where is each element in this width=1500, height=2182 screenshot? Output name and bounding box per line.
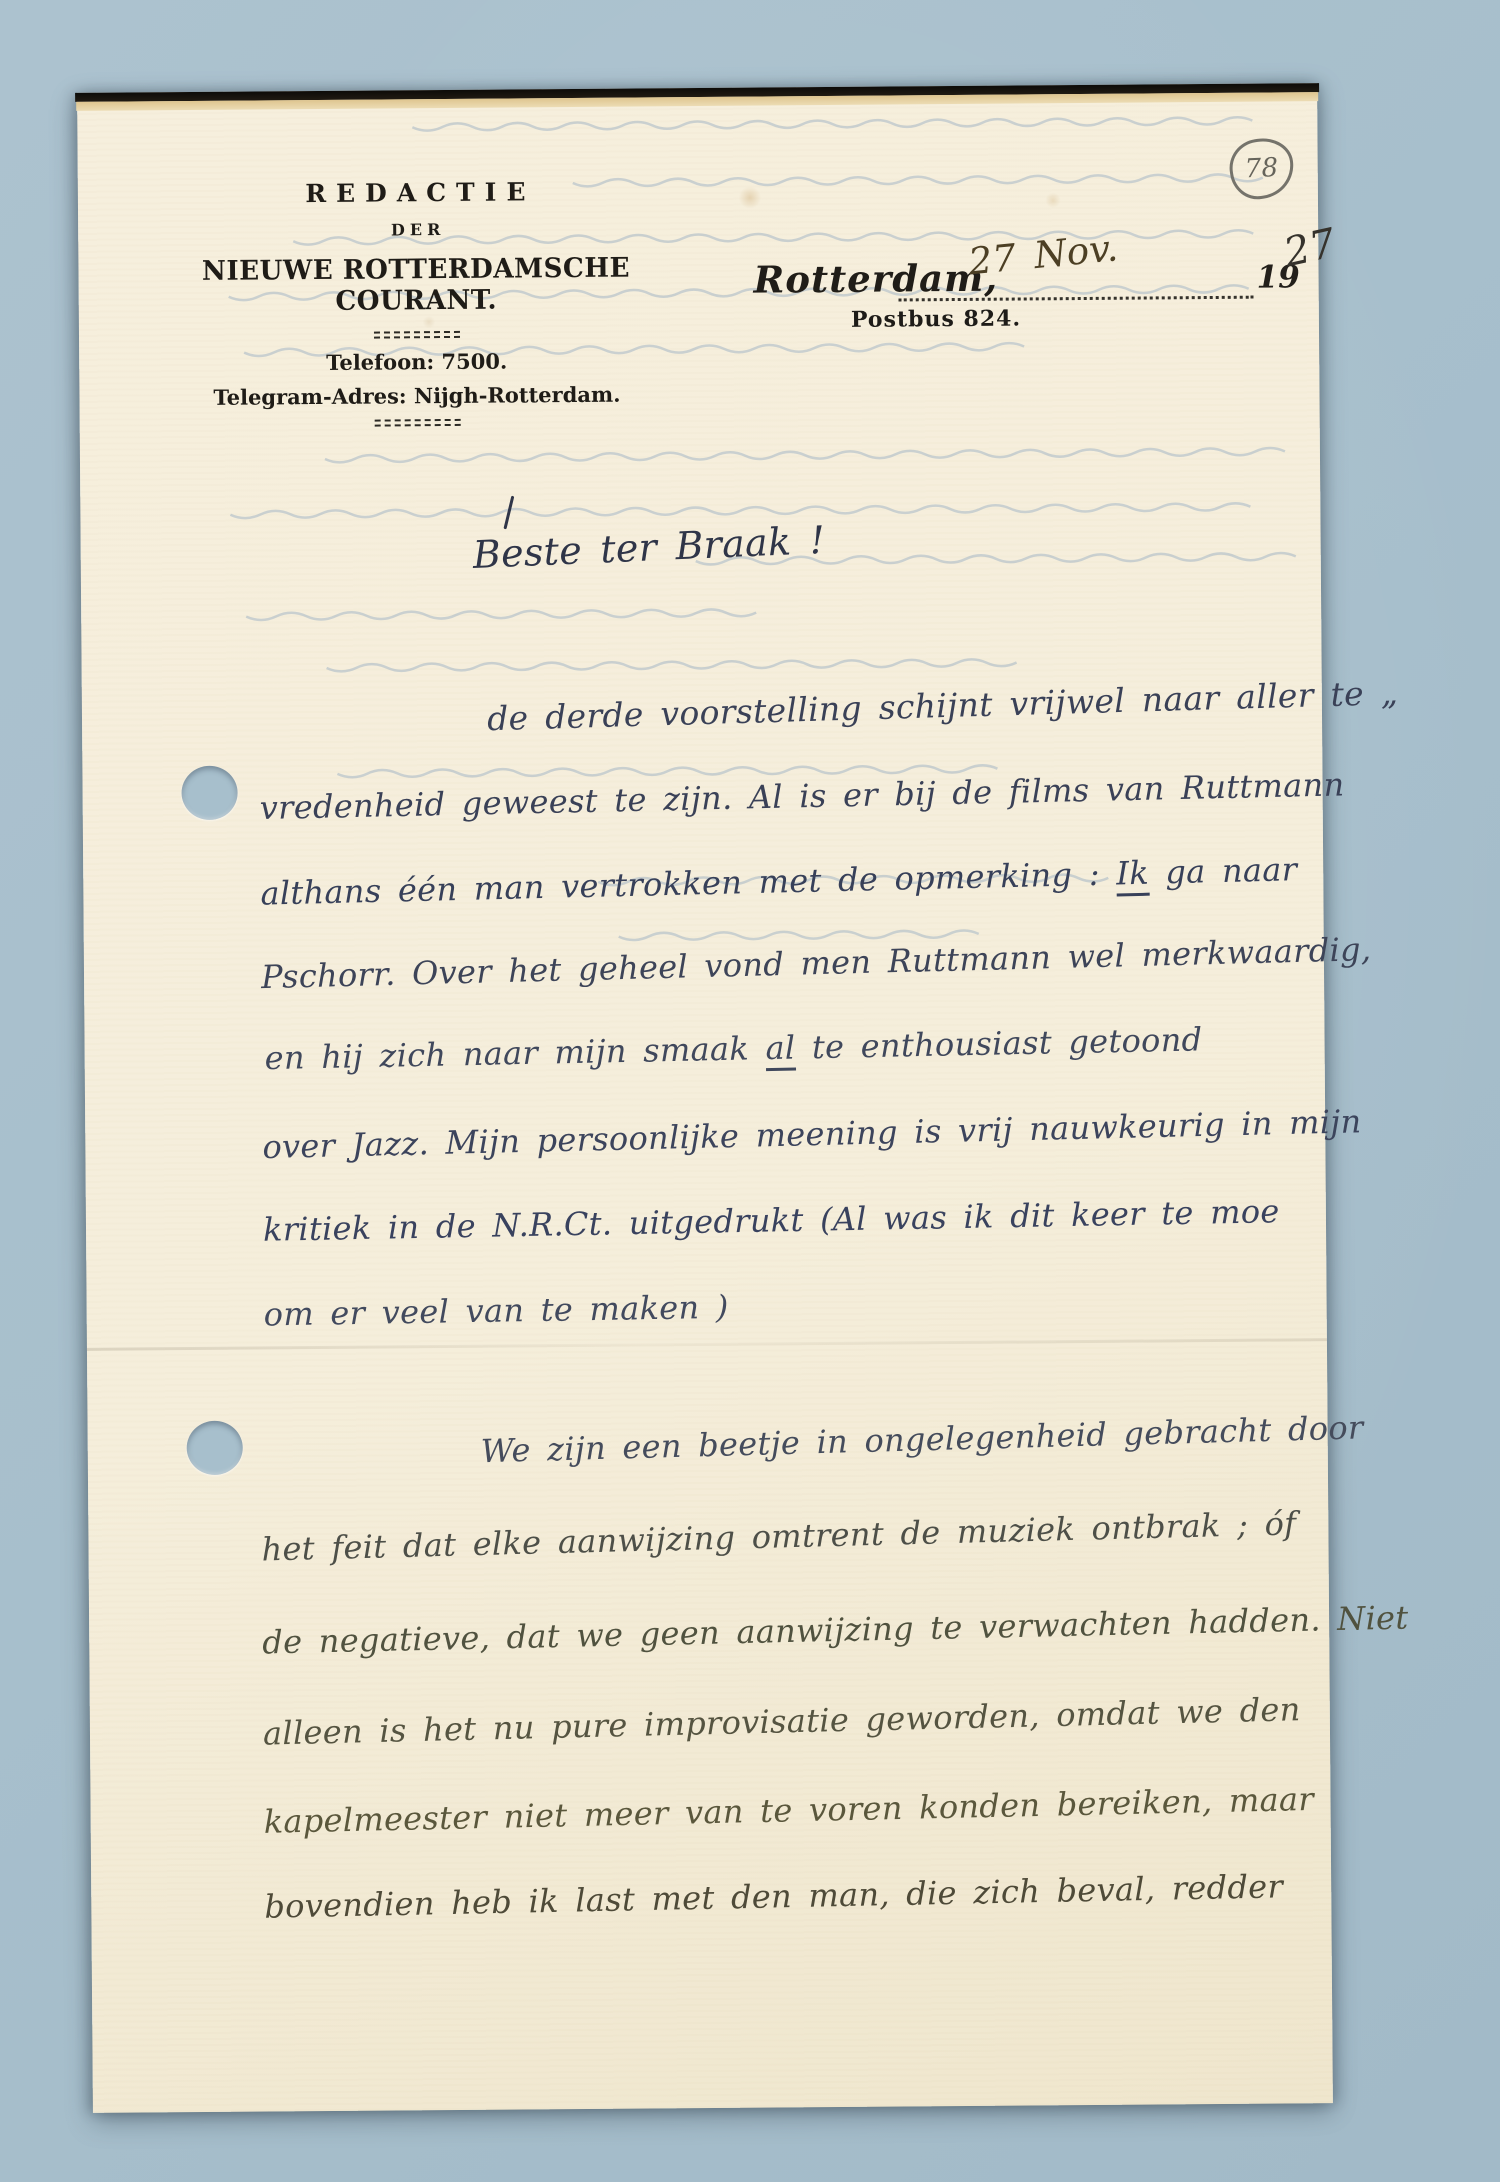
- text-run: en hij zich naar mijn smaak: [264, 1029, 766, 1077]
- letter-body: de derde voorstelling schijnt vrijwel na…: [77, 83, 1333, 2113]
- text-run: althans één man vertrokken met de opmerk…: [260, 854, 1117, 912]
- handwritten-line: over Jazz. Mijn persoonlijke meening is …: [262, 1102, 1362, 1166]
- handwritten-line: de derde voorstelling schijnt vrijwel na…: [487, 673, 1399, 738]
- handwritten-line: We zijn een beetje in ongelegenheid gebr…: [480, 1408, 1364, 1470]
- underlined-word: al: [765, 1029, 796, 1072]
- handwritten-line: het feit dat elke aanwijzing omtrent de …: [261, 1504, 1297, 1568]
- handwritten-line: kapelmeester niet meer van te voren kond…: [263, 1780, 1314, 1841]
- handwritten-line: de negatieve, dat we geen aanwijzing te …: [262, 1598, 1409, 1661]
- text-run: ga naar: [1148, 850, 1297, 891]
- scanner-mat-background: REDACTIE DER NIEUWE ROTTERDAMSCHE COURAN…: [0, 0, 1500, 2182]
- letter-paper: REDACTIE DER NIEUWE ROTTERDAMSCHE COURAN…: [77, 83, 1333, 2113]
- underlined-word: Ik: [1116, 854, 1150, 897]
- text-run: te enthousiast getoond: [795, 1020, 1203, 1066]
- handwritten-line: kritiek in de N.R.Ct. uitgedrukt (Al was…: [263, 1192, 1280, 1249]
- handwritten-line: om er veel van te maken ): [263, 1288, 729, 1334]
- handwritten-line: bovendien heb ik last met den man, die z…: [264, 1867, 1283, 1925]
- handwritten-line: en hij zich naar mijn smaak al te enthou…: [264, 1020, 1202, 1077]
- handwritten-line: vredenheid geweest te zijn. Al is er bij…: [259, 765, 1344, 827]
- handwritten-line: Pschorr. Over het geheel vond men Ruttma…: [261, 930, 1372, 996]
- handwritten-line: alleen is het nu pure improvisatie gewor…: [263, 1690, 1301, 1752]
- handwritten-line: althans één man vertrokken met de opmerk…: [260, 850, 1298, 912]
